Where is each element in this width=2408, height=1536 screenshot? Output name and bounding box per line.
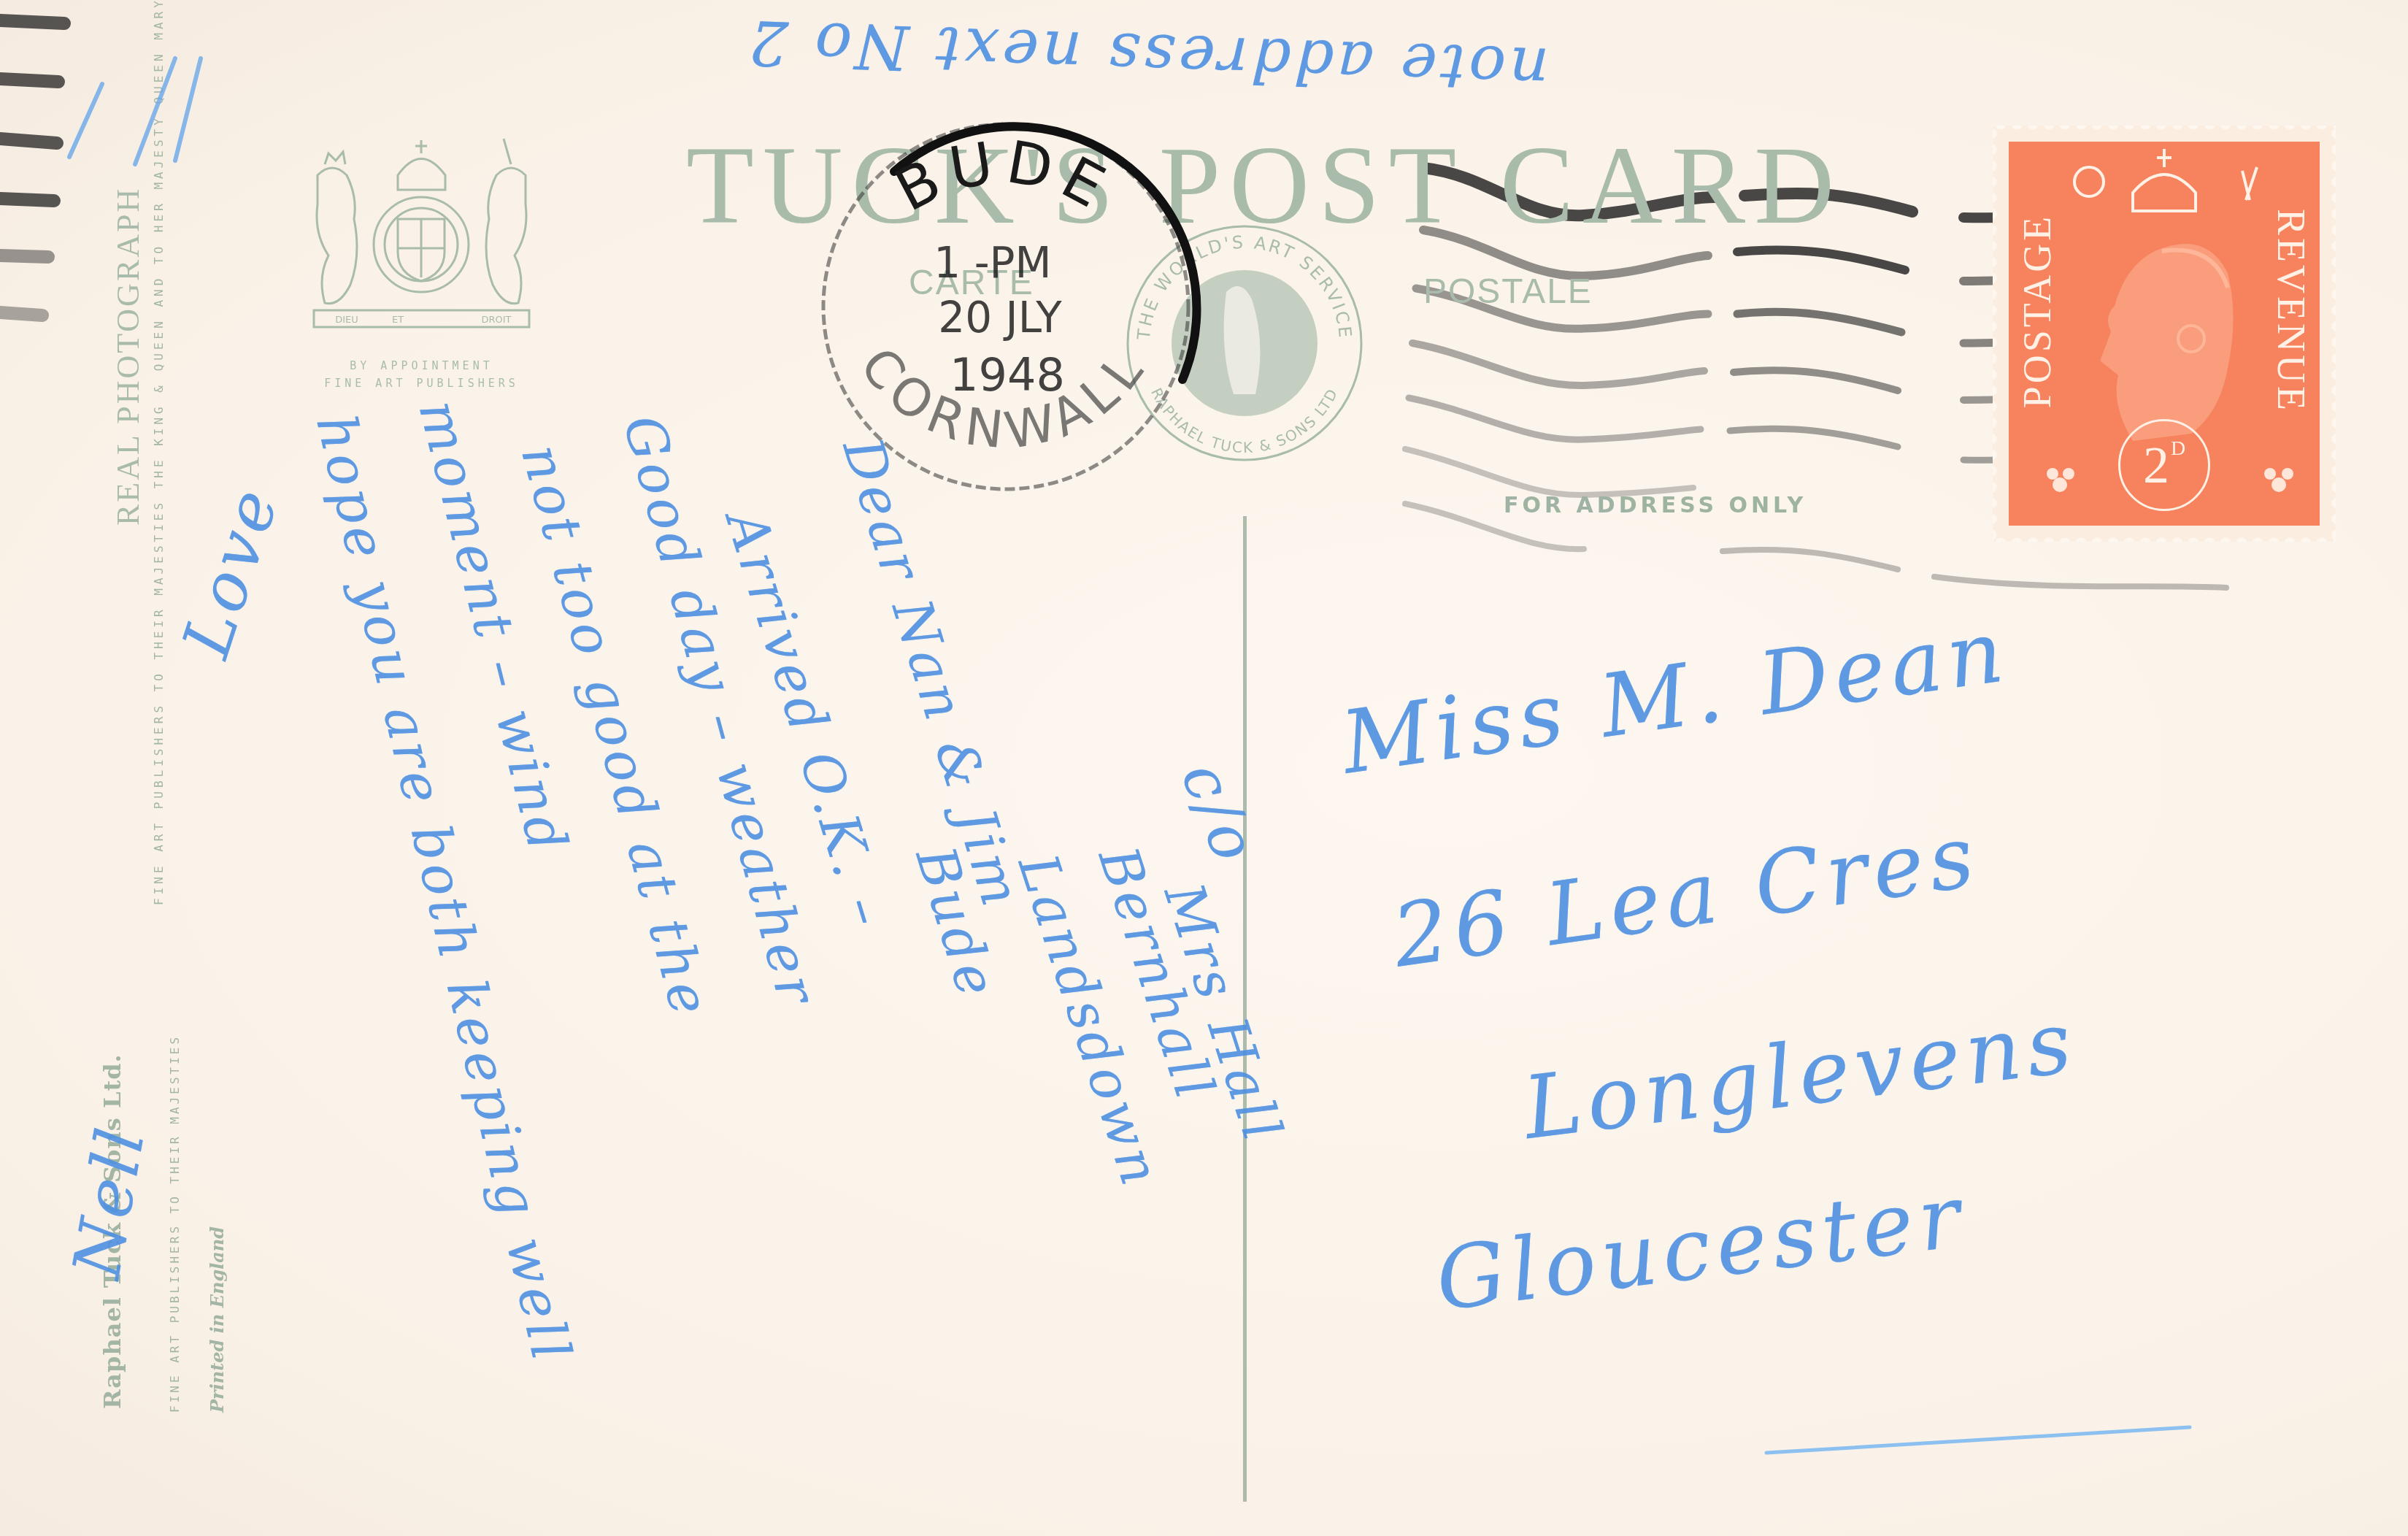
postcard-back: TUCK'S POST CARD CARTE POSTALE FOR ADDRE… (0, 0, 2408, 1536)
handwriting-strokes (0, 0, 2408, 1536)
